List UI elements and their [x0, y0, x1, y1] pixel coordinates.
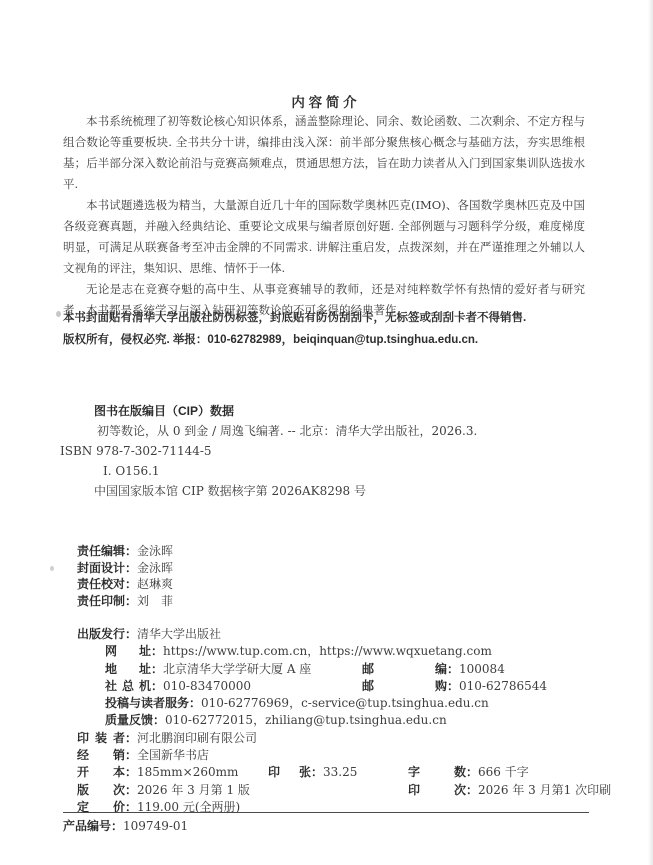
wordcount-label: 字数 — [408, 764, 466, 781]
colophon-row-printer: 印装者：河北鹏润印刷有限公司 — [0, 730, 653, 747]
edition-value: 2026 年 3 月第 1 版 — [137, 783, 250, 797]
wordcount-value: 666 千字 — [478, 765, 529, 779]
colophon-block: 出版发行：清华大学出版社 网址：https://www.tup.com.cn，h… — [0, 626, 653, 816]
colophon-row-switchboard: 社总机：010-83470000 邮购：010-62786544 — [0, 678, 653, 695]
cip-classification: Ⅰ. O156.1 — [103, 461, 477, 481]
scan-speck — [50, 566, 54, 571]
printer-value: 河北鹏润印刷有限公司 — [137, 731, 257, 745]
switchboard-label: 社总机 — [105, 678, 151, 695]
reader-service-label: 投稿与读者服务 — [105, 695, 189, 712]
colon-separator: ： — [125, 544, 137, 558]
distributor-value: 全国新华书店 — [137, 748, 209, 762]
colon-separator: ： — [151, 679, 163, 693]
wordcount-segment: 字数：666 千字 — [408, 764, 529, 781]
credit-value: 金泳晖 — [137, 544, 173, 558]
colon-separator: ： — [466, 783, 478, 797]
quality-feedback-label: 质量反馈 — [105, 712, 153, 729]
address-value: 北京清华大学学研大厦 A 座 — [163, 662, 311, 676]
colon-separator: ： — [125, 594, 137, 608]
sheets-segment: 印张：33.25 — [268, 764, 357, 781]
cip-heading: 图书在版编目（CIP）数据 — [94, 401, 477, 421]
colophon-row-reader-service: 投稿与读者服务：010-62776969，c-service@tup.tsing… — [0, 695, 653, 712]
colon-separator: ： — [151, 662, 163, 676]
printer-label: 印装者 — [77, 730, 125, 747]
product-number-value: 109749-01 — [123, 819, 188, 833]
zip-label: 邮编 — [362, 661, 447, 678]
notice-line-1: 本书封面贴有清华大学出版社防伪标签，封底贴有防伪刮刮卡，无标签或刮刮卡者不得销售… — [63, 307, 585, 329]
publisher-value: 清华大学出版社 — [137, 627, 221, 641]
credit-row-print-supervisor: 责任印制：刘 菲 — [77, 593, 173, 610]
sheets-value: 33.25 — [323, 765, 357, 779]
colophon-row-publisher: 出版发行：清华大学出版社 — [0, 626, 653, 643]
colon-separator: ： — [125, 783, 137, 797]
intro-paragraph-2: 本书试题遴选极为精当，大量源自近几十年的国际数学奥林匹克(IMO)、各国数学奥林… — [63, 195, 585, 279]
cip-entry: 初等数论，从 0 到金 / 周逸飞编著. -- 北京：清华大学出版社，2026.… — [97, 421, 477, 441]
sheets-label: 印张 — [268, 764, 311, 781]
colon-separator: ： — [311, 765, 323, 779]
colon-separator: ： — [125, 561, 137, 575]
colon-separator: ： — [447, 679, 459, 693]
credit-value: 赵琳爽 — [137, 577, 173, 591]
colophon-row-distributor: 经销：全国新华书店 — [0, 747, 653, 764]
format-label: 开本 — [77, 764, 125, 781]
switchboard-value: 010-83470000 — [163, 679, 251, 693]
impression-value: 2026 年 3 月第1 次印刷 — [478, 783, 611, 797]
credit-value: 刘 菲 — [137, 594, 173, 608]
website-label: 网址 — [105, 643, 151, 660]
mailorder-value: 010-62786544 — [459, 679, 547, 693]
credit-label: 责任印制 — [77, 593, 125, 610]
zip-value: 100084 — [459, 662, 505, 676]
edition-label: 版次 — [77, 782, 125, 799]
publisher-label: 出版发行 — [77, 626, 125, 643]
scan-edge-shadow — [648, 0, 653, 865]
mailorder-segment: 邮购：010-62786544 — [362, 678, 547, 695]
cip-isbn: ISBN 978-7-302-71144-5 — [60, 441, 477, 461]
colon-separator: ： — [125, 577, 137, 591]
footer-divider — [63, 812, 589, 813]
colon-separator: ： — [151, 644, 163, 658]
book-copyright-page: 内 容 简 介 本书系统梳理了初等数论核心知识体系，涵盖整除理论、同余、数论函数… — [0, 0, 653, 865]
colon-separator: ： — [153, 713, 165, 727]
reader-service-value: 010-62776969，c-service@tup.tsinghua.edu.… — [201, 696, 489, 710]
format-segment: 开本：185mm×260mm — [77, 765, 238, 779]
product-number-label: 产品编号 — [63, 819, 111, 834]
content-intro-heading: 内 容 简 介 — [63, 91, 585, 111]
credit-label: 责任校对 — [77, 576, 125, 593]
anti-piracy-notice: 本书封面贴有清华大学出版社防伪标签，封底贴有防伪刮刮卡，无标签或刮刮卡者不得销售… — [63, 307, 585, 351]
cip-record-number: 中国国家版本馆 CIP 数据核字第 2026AK8298 号 — [94, 481, 477, 501]
cip-data-block: 图书在版编目（CIP）数据 初等数论，从 0 到金 / 周逸飞编著. -- 北京… — [94, 401, 477, 501]
impression-label: 印次 — [408, 782, 466, 799]
colon-separator: ： — [125, 627, 137, 641]
zip-segment: 邮编：100084 — [362, 661, 505, 678]
colophon-row-quality-feedback: 质量反馈：010-62772015，zhiliang@tup.tsinghua.… — [0, 712, 653, 729]
colophon-row-address: 地址：北京清华大学学研大厦 A 座 邮编：100084 — [0, 661, 653, 678]
colon-separator: ： — [125, 731, 137, 745]
colophon-row-edition: 版次：2026 年 3 月第 1 版 印次：2026 年 3 月第1 次印刷 — [0, 782, 653, 799]
staff-credits-block: 责任编辑：金泳晖 封面设计：金泳晖 责任校对：赵琳爽 责任印制：刘 菲 — [77, 543, 173, 609]
content-intro-paragraphs: 本书系统梳理了初等数论核心知识体系，涵盖整除理论、同余、数论函数、二次剩余、不定… — [63, 111, 585, 321]
colophon-row-website: 网址：https://www.tup.com.cn，https://www.wq… — [0, 643, 653, 660]
credit-row-proofreader: 责任校对：赵琳爽 — [77, 576, 173, 593]
colon-separator: ： — [125, 748, 137, 762]
distributor-label: 经销 — [77, 747, 125, 764]
colophon-row-format: 开本：185mm×260mm 印张：33.25 字数：666 千字 — [0, 764, 653, 781]
colon-separator: ： — [466, 765, 478, 779]
colon-separator: ： — [125, 765, 137, 779]
credit-row-editor: 责任编辑：金泳晖 — [77, 543, 173, 560]
intro-paragraph-1: 本书系统梳理了初等数论核心知识体系，涵盖整除理论、同余、数论函数、二次剩余、不定… — [63, 111, 585, 195]
quality-feedback-value: 010-62772015，zhiliang@tup.tsinghua.edu.c… — [165, 713, 447, 727]
price-label: 定价 — [77, 799, 125, 816]
scan-speck — [56, 311, 61, 317]
colon-separator: ： — [189, 696, 201, 710]
edition-segment: 版次：2026 年 3 月第 1 版 — [77, 783, 250, 797]
credit-row-cover-design: 封面设计：金泳晖 — [77, 560, 173, 577]
colophon-row-price: 定价：119.00 元(全两册) — [0, 799, 653, 816]
colon-separator: ： — [111, 819, 123, 833]
impression-segment: 印次：2026 年 3 月第1 次印刷 — [408, 782, 611, 799]
address-segment: 地址：北京清华大学学研大厦 A 座 — [105, 662, 311, 676]
credit-value: 金泳晖 — [137, 561, 173, 575]
mailorder-label: 邮购 — [362, 678, 447, 695]
notice-line-2: 版权所有，侵权必究. 举报：010-62782989，beiqinquan@tu… — [63, 329, 585, 351]
product-number-line: 产品编号：109749-01 — [63, 819, 188, 834]
credit-label: 责任编辑 — [77, 543, 125, 560]
colon-separator: ： — [447, 662, 459, 676]
credit-label: 封面设计 — [77, 560, 125, 577]
switchboard-segment: 社总机：010-83470000 — [105, 679, 251, 693]
website-value: https://www.tup.com.cn，https://www.wqxue… — [163, 644, 492, 658]
format-value: 185mm×260mm — [137, 765, 238, 779]
address-label: 地址 — [105, 661, 151, 678]
